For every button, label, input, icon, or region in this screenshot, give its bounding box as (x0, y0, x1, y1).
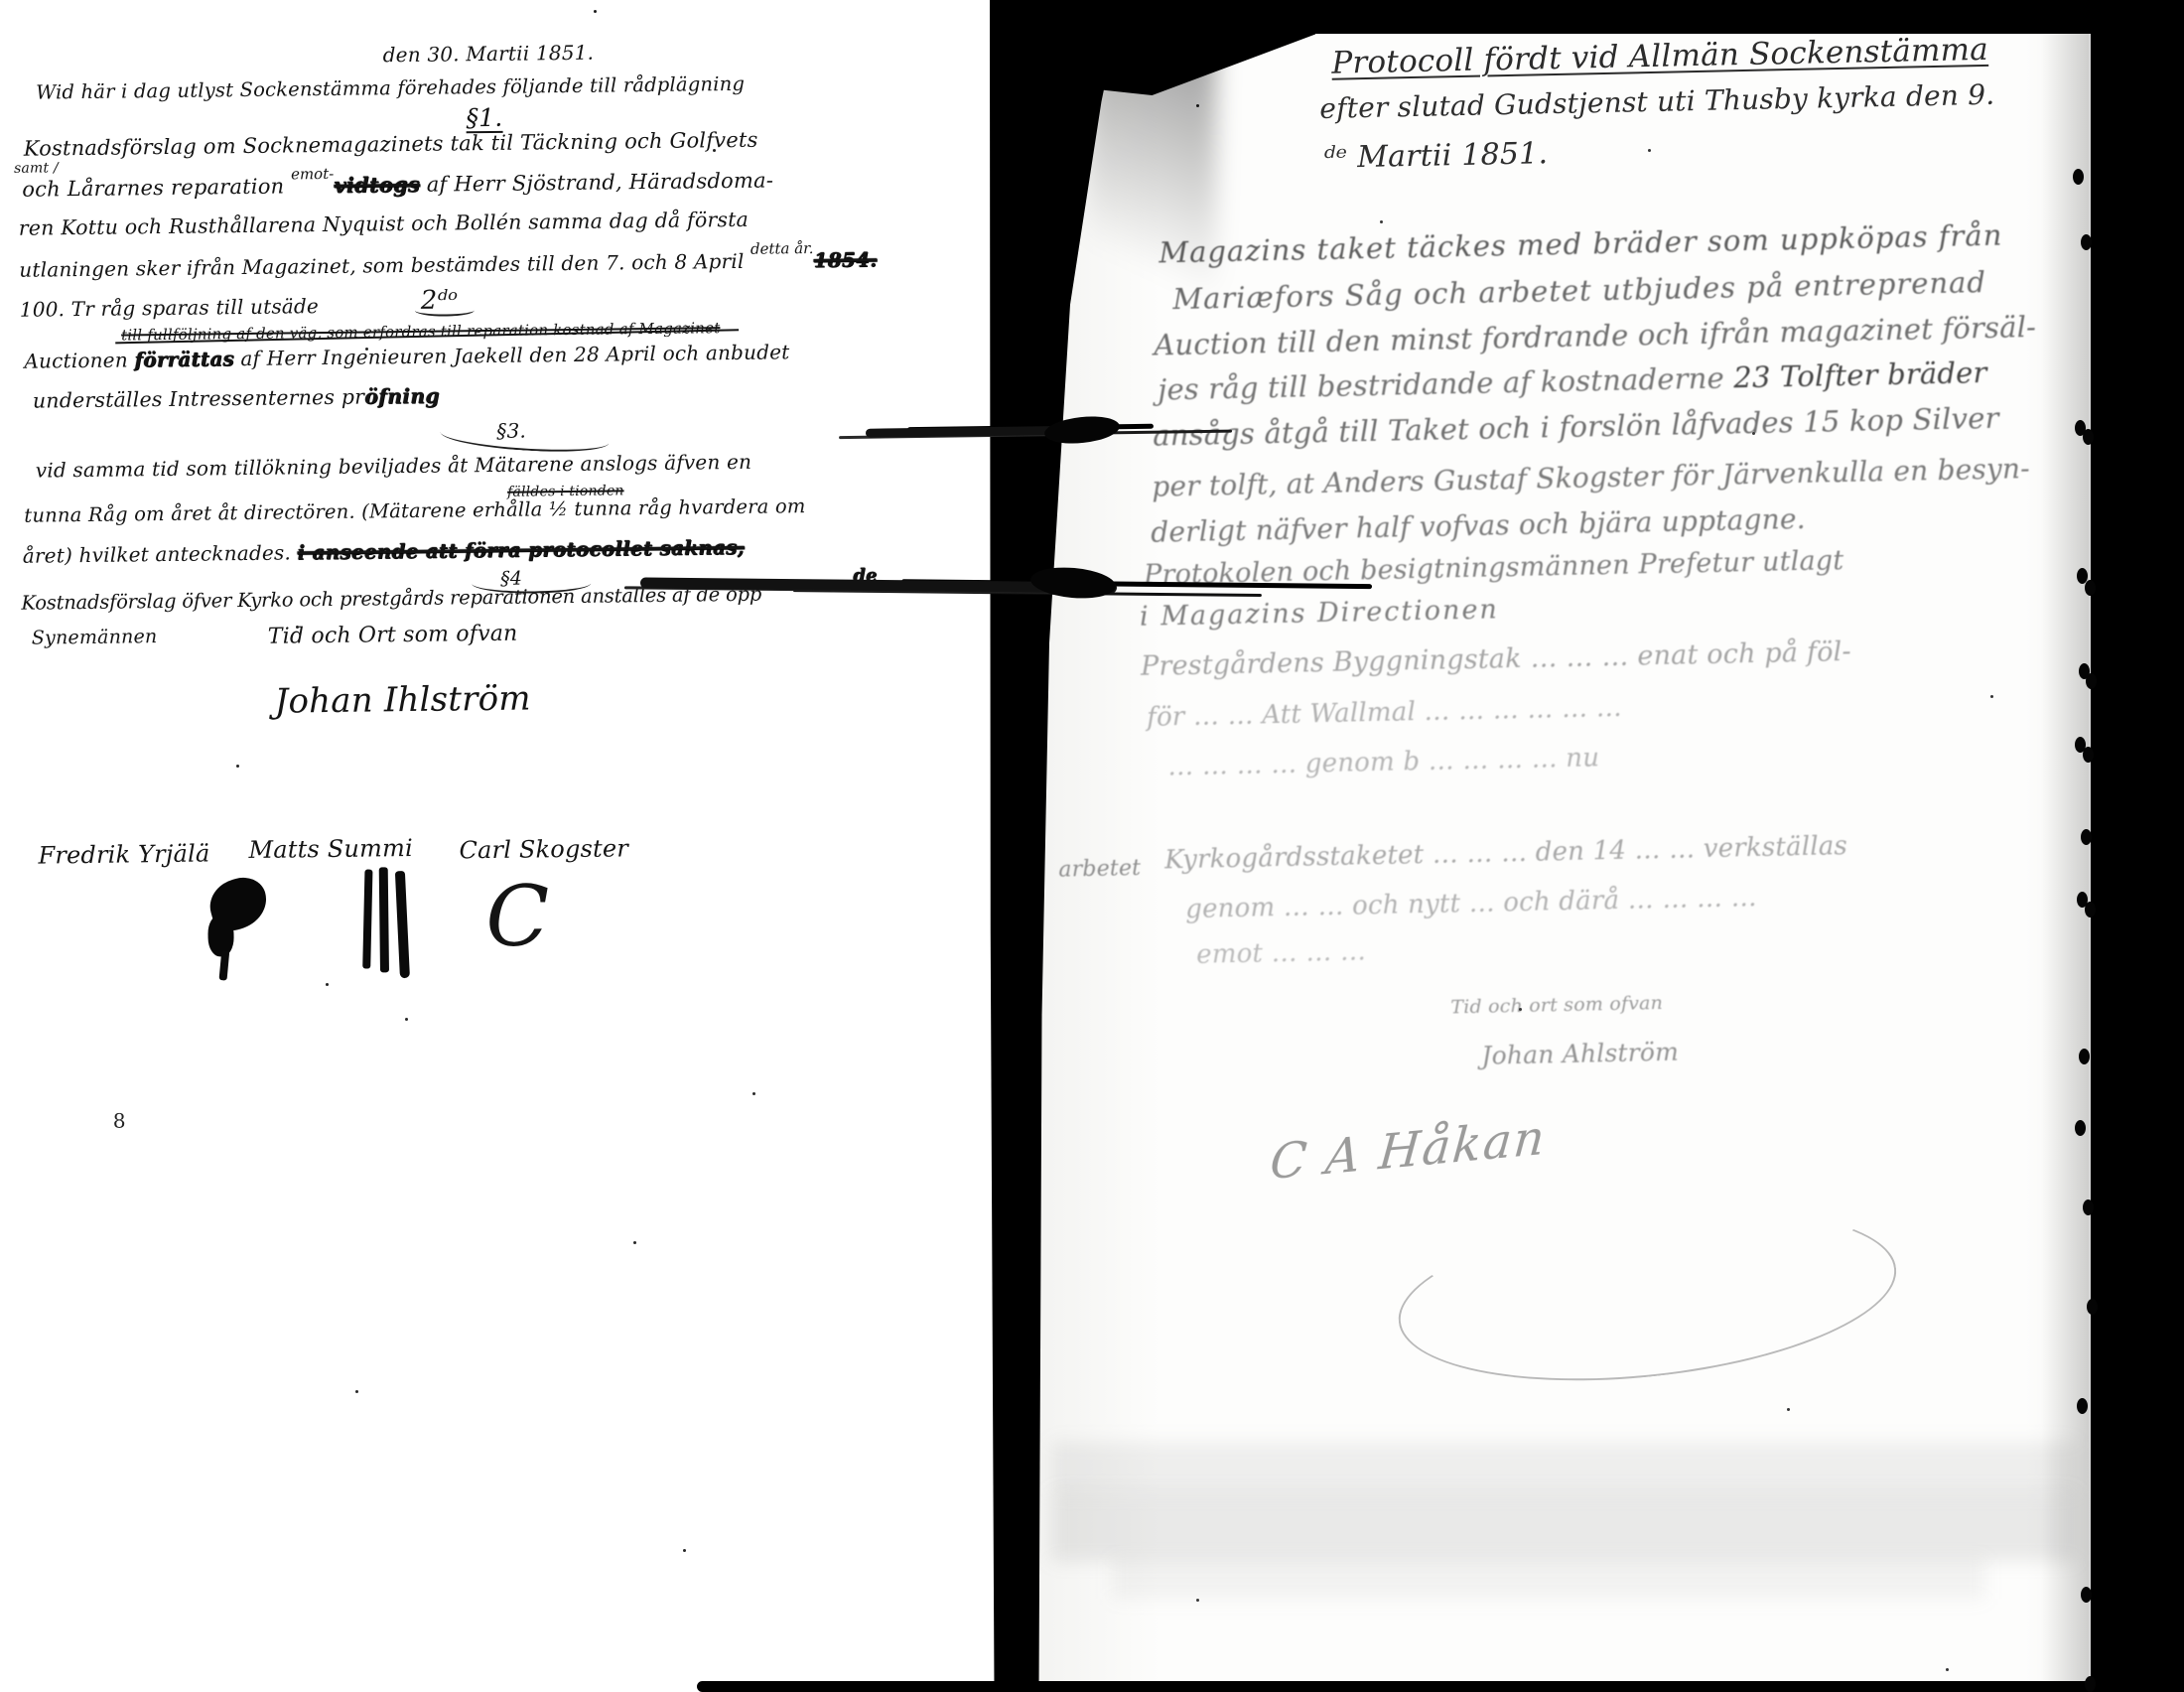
para2-line3-text: året) hvilket antecknades. (23, 540, 298, 567)
faded-para3-line2: genom … … och nytt … och därå … … … … (1185, 883, 1757, 924)
body-line4-amount: 23 Tolfter bräder (1733, 355, 1987, 394)
body-line3: Auction till den minst fordrande och ifr… (1154, 310, 2036, 362)
interline-insert: emot- (291, 165, 334, 184)
body-line5: ansågs åtgå till Taket och i forslön låf… (1153, 401, 1999, 453)
para1-line5: 100. Tr råg sparas till utsäde (20, 294, 319, 322)
protocol-title-line2: efter slutad Gudstjenst uti Thusby kyrka… (1319, 78, 1995, 125)
para1-line2-text: och Lårarnes reparation (22, 174, 291, 201)
body-line1: Magazins taket täckes med bräder som upp… (1159, 218, 2003, 270)
flourish-under-section3 (440, 420, 610, 456)
body-line4-text: jes råg till bestridande af kostnaderne (1158, 360, 1734, 406)
flourish-under-2do (415, 304, 475, 317)
struck-year: 1854. (813, 247, 877, 272)
body-line7: derligt näfver half vofvas och bjära upp… (1151, 502, 1806, 549)
left-intro-line: Wid här i dag utlyst Sockenstämma föreha… (36, 72, 745, 104)
page-edge-ink-blobs (2073, 169, 2084, 185)
overwritten-word: förrättas (134, 347, 234, 371)
margin-insert-samt: samt / (14, 160, 59, 177)
skogster-bomarke-c: C (485, 867, 551, 965)
faded-para2-line3: … … … … genom b … … … … nu (1167, 743, 1600, 781)
summi-bomarke-stroke (362, 869, 372, 968)
para1-line3: ren Kottu och Rusthållarena Nyquist och … (19, 208, 749, 240)
summi-bomarke-stroke (395, 871, 410, 978)
para1-line4: utlaningen sker ifrån Magazinet, som bes… (19, 247, 877, 282)
right-page-edge-shadow (2041, 30, 2091, 1692)
faded-para3-line3: emot … … … (1196, 936, 1367, 970)
synemannen-label: Synemännen (32, 626, 158, 649)
left-closing-line: Tid och Ort som ofvan (268, 622, 518, 649)
witness-signature-yrjala: Fredrik Yrjälä (38, 839, 209, 869)
dust-speckles-left (594, 10, 597, 13)
overwritten-word: öfning (364, 384, 440, 409)
stray-page-mark: 8 (113, 1109, 126, 1133)
protocol-title-line3: ᵈᵉ Martii 1851. (1323, 136, 1548, 176)
body-line4: jes råg till bestridande af kostnaderne … (1158, 355, 1987, 406)
para1-line4-text: utlaningen sker ifrån Magazinet, som bes… (19, 249, 751, 282)
left-date-line: den 30. Martii 1851. (383, 41, 595, 68)
witness-signature-summi: Matts Summi (248, 834, 413, 864)
scan-black-right-edge (2091, 0, 2184, 1692)
yrjala-bomarke-tail (219, 950, 230, 981)
summi-bomarke-stroke (379, 867, 389, 972)
para1-line1: Kostnadsförslag om Socknemagazinets tak … (24, 128, 758, 161)
faded-para2-line2: för … … Att Wallmal … … … … … … (1147, 693, 1622, 733)
protocol-title-line1: Protocoll fördt vid Allmän Sockenstämma (1331, 32, 1988, 81)
margin-note-arbetet: arbetet (1058, 856, 1141, 883)
para1-line2: och Lårarnes reparation emot-vidtogs af … (22, 167, 773, 201)
body-line2: Mariæfors Såg och arbetet utbjudes på en… (1172, 265, 1986, 316)
right-signature-ahlstrom: Johan Ahlström (1481, 1038, 1679, 1070)
faded-para2-line1: Prestgårdens Byggningstak … … … enat och… (1141, 636, 1851, 682)
scan-black-bottom-edge (697, 1681, 2184, 1692)
para1-line6-text: Auctionen (24, 348, 134, 372)
para1-line2-cont: af Herr Sjöstrand, Häradsdoma- (420, 168, 773, 196)
pencil-scrawl-signature: C A Håkan (1268, 1110, 1549, 1192)
yrjala-bomarke-ink-blot (207, 915, 234, 956)
para2-line1: vid samma tid som tillökning beviljades … (36, 450, 752, 483)
para1-line6-cont: af Herr Ingenieuren Jaekell den 28 April… (234, 340, 790, 370)
para1-line6: Auctionen förrättas af Herr Ingenieuren … (24, 340, 789, 372)
body-line9: i Magazins Directionen (1140, 594, 1499, 633)
overwritten-word: vidtogs (334, 172, 420, 198)
section-1-heading: §1. (466, 103, 502, 132)
chairman-signature: Johan Ihlström (274, 679, 531, 722)
faded-para3-line1: Kyrkogårdsstaketet … … … den 14 … … verk… (1164, 831, 1847, 875)
para2-line2: tunna Råg om året åt directören. (Mätare… (24, 494, 805, 527)
pencil-oval-mark (1390, 1188, 1905, 1403)
body-line6: per tolft, at Anders Gustaf Skogster för… (1152, 452, 2030, 503)
struck-passage: i anseende att förra protocollet saknas, (297, 535, 744, 564)
para1-line7: underställes Intressenternes pröfning (33, 384, 440, 413)
body-line8: Protokolen och besigtningsmännen Prefetu… (1144, 545, 1844, 591)
right-closing-line: Tid och ort som ofvan (1450, 992, 1663, 1018)
para2-line3: året) hvilket antecknades. i anseende at… (23, 535, 745, 568)
para1-line7-text: underställes Intressenternes pr (33, 385, 365, 413)
scanned-document-spread: den 30. Martii 1851. Wid här i dag utlys… (0, 0, 2184, 1692)
witness-signature-skogster: Carl Skogster (459, 834, 628, 864)
interline-insert-detta-ar: detta år. (751, 239, 814, 258)
